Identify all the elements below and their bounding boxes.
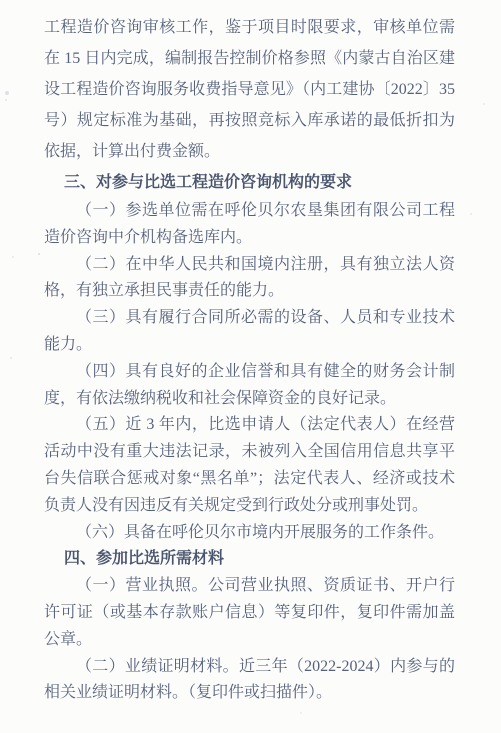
paragraph-material-2: （二）业绩证明材料。近三年（2022-2024）内参与的相关业绩证明材料。（复印… xyxy=(44,654,455,708)
paragraph-requirement-1: （一）参选单位需在呼伦贝尔农垦集团有限公司工程造价咨询中介机构备选库内。 xyxy=(44,198,455,252)
paragraph-requirement-3: （三）具有履行合同所必需的设备、人员和专业技术能力。 xyxy=(44,305,455,359)
paragraph-requirement-2: （二）在中华人民共和国境内注册，具有独立法人资格，有独立承担民事责任的能力。 xyxy=(44,252,455,306)
scan-speck-artifacts xyxy=(0,0,2,2)
paragraph-requirement-6: （六）具备在呼伦贝尔市境内开展服务的工作条件。 xyxy=(44,520,455,547)
paragraph-fee-calculation: 工程造价咨询审核工作，鉴于项目时限要求，审核单位需在 15 日内完成，编制报告控… xyxy=(44,12,455,167)
paragraph-material-1: （一）营业执照。公司营业执照、资质证书、开户行许可证（或基本存款账户信息）等复印… xyxy=(44,573,455,653)
document-page: 工程造价咨询审核工作，鉴于项目时限要求，审核单位需在 15 日内完成，编制报告控… xyxy=(0,0,501,733)
paragraph-requirement-4: （四）具有良好的企业信誉和具有健全的财务会计制度，有依法缴纳税收和社会保障资金的… xyxy=(44,359,455,413)
paragraph-requirement-5: （五）近 3 年内，比选申请人（法定代表人）在经营活动中没有重大违法记录，未被列… xyxy=(44,412,455,519)
section-heading-three-requirements: 三、对参与比选工程造价咨询机构的要求 xyxy=(44,167,455,198)
section-heading-four-materials: 四、参加比选所需材料 xyxy=(44,546,455,573)
